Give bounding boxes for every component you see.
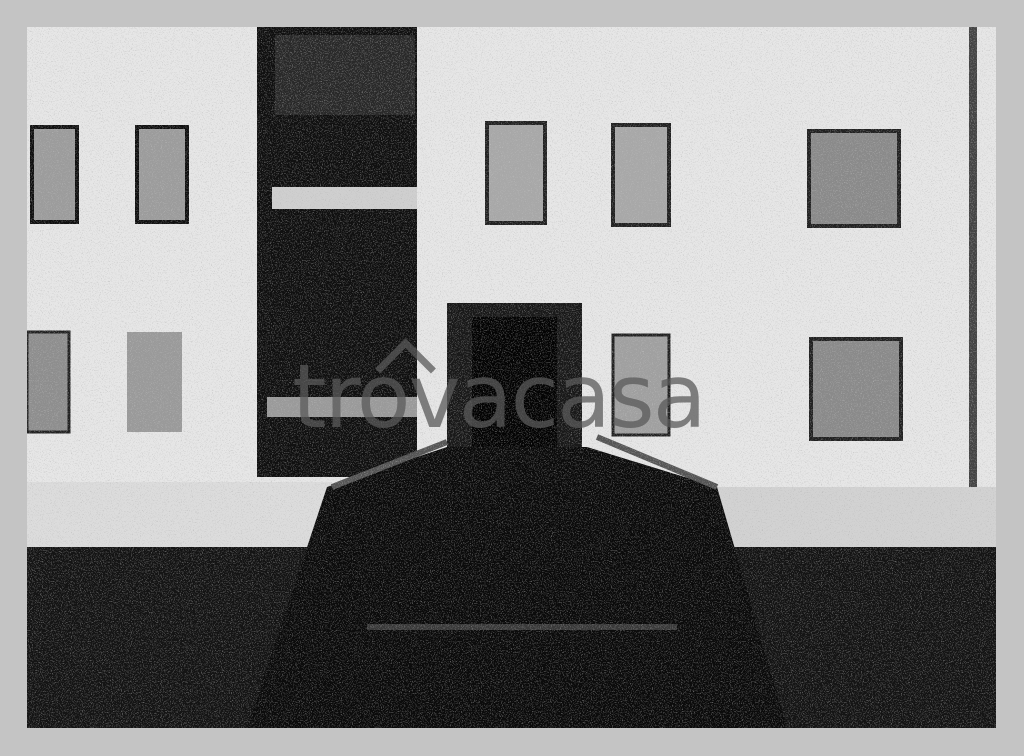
watermark-text: trovacasa: [292, 345, 705, 448]
watermark: trovacasa: [292, 345, 705, 448]
property-photo: trovacasa: [27, 27, 996, 728]
